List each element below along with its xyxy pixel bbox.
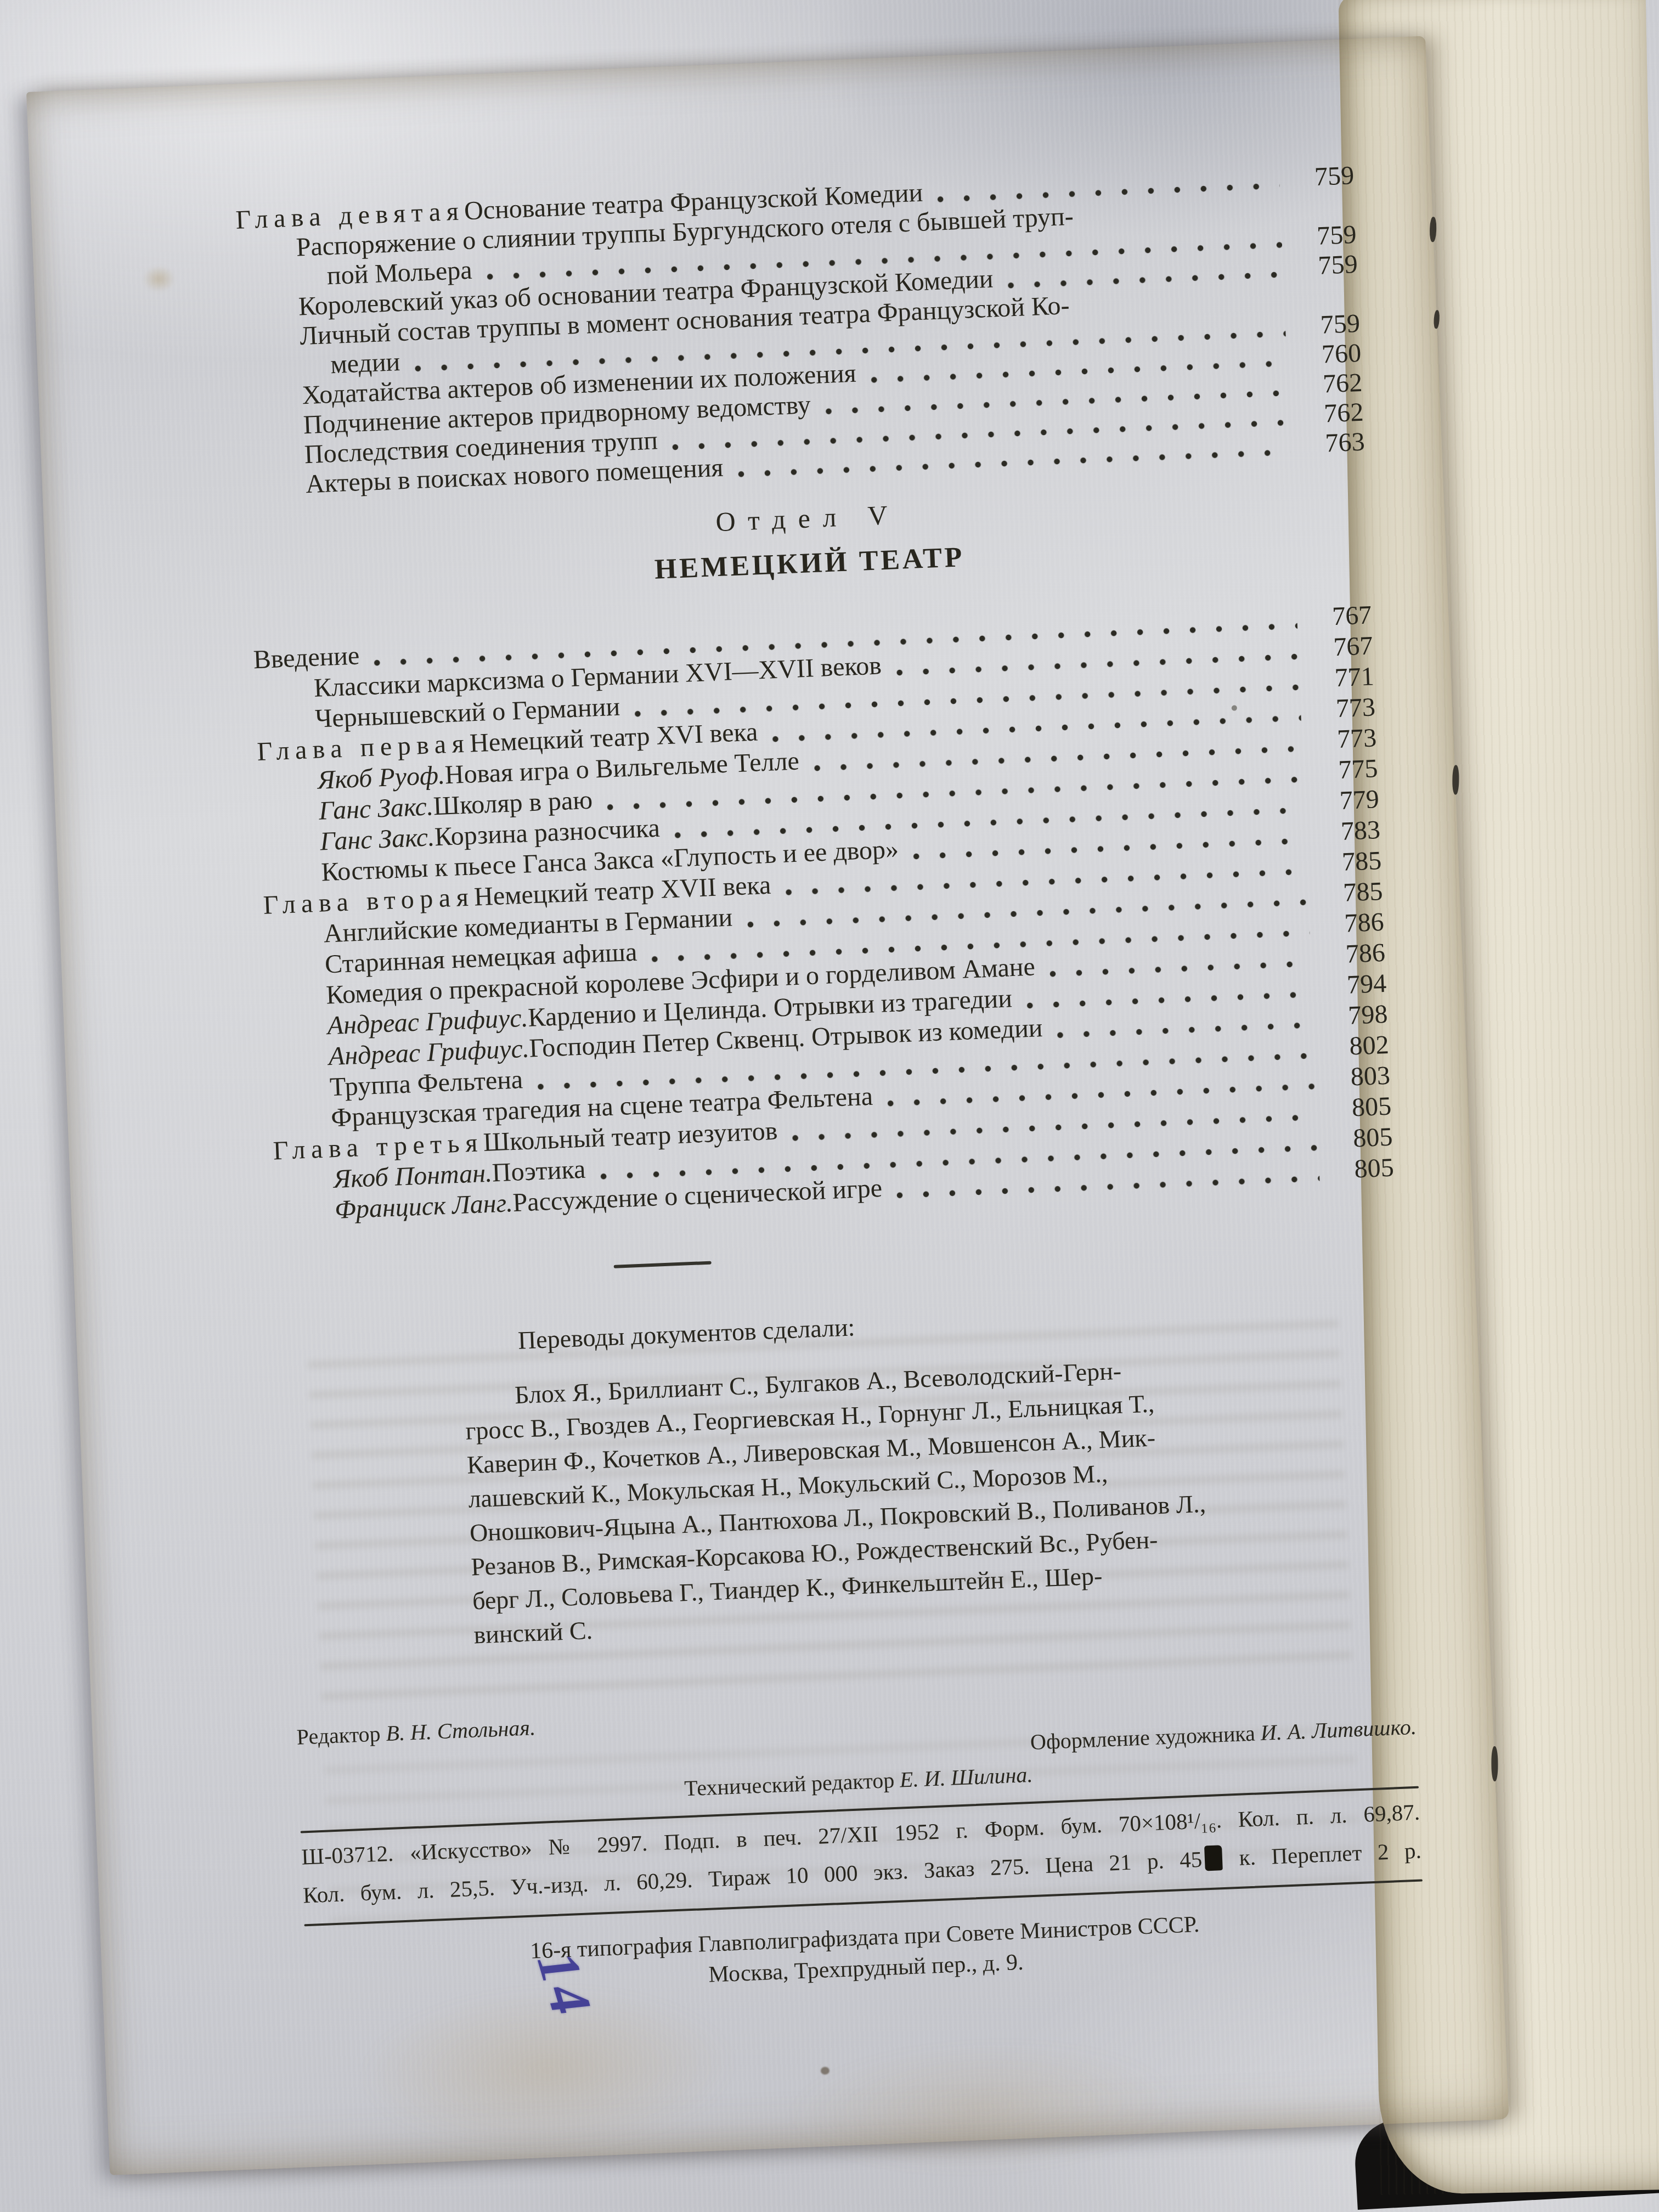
toc-entry-label: медии: [330, 347, 400, 380]
translators-heading: Переводы документов сделали:: [517, 1290, 1400, 1355]
colophon: Редактор В. Н. Стольная. Оформление худо…: [296, 1679, 1426, 2006]
page-number: 805: [1323, 1153, 1395, 1186]
page-number: 803: [1319, 1060, 1391, 1094]
editor-name: В. Н. Стольная.: [386, 1715, 536, 1746]
photo-scene: Глава девятая Основание театра Французск…: [0, 0, 1659, 2212]
page-number: 771: [1304, 661, 1375, 695]
separator-rule: [614, 1261, 712, 1268]
page-number: 759: [1289, 309, 1361, 341]
toc-entry-label: Якоб Руоф.: [317, 760, 445, 795]
page-number: 762: [1293, 398, 1364, 430]
page-number: 785: [1311, 845, 1382, 879]
page-number: 783: [1310, 815, 1381, 848]
page-number: 760: [1290, 338, 1362, 371]
page-number: 773: [1306, 723, 1377, 756]
page-number: 785: [1312, 876, 1383, 910]
page-number: 805: [1322, 1122, 1393, 1155]
toc-part-2: Введение767Классики марксизма о Германии…: [253, 600, 1395, 1228]
page-number: 775: [1307, 753, 1378, 787]
toc-entry-label: Поэтика: [492, 1154, 586, 1189]
toc-entry-label: Введение: [253, 640, 360, 675]
toc-entry-label: Ганс Закс.: [318, 791, 434, 826]
page-content: Глава девятая Основание театра Французск…: [235, 161, 1426, 2006]
toc-page: Глава девятая Основание театра Французск…: [26, 36, 1509, 2175]
page-number: 762: [1291, 368, 1363, 400]
designer-name: И. А. Литвишко.: [1260, 1714, 1417, 1745]
toc-part-1: Глава девятая Основание театра Французск…: [235, 161, 1365, 501]
translators-paragraph: Блох Я., Бриллиант С., Булгаков А., Всев…: [464, 1347, 1297, 1652]
page-number: 759: [1283, 161, 1355, 193]
page-number: 786: [1313, 907, 1385, 940]
editor-label: Редактор В. Н. Стольная.: [296, 1714, 536, 1750]
edge-speck: [1491, 1746, 1498, 1781]
toc-entry-label: Ганс Закс.: [319, 822, 435, 857]
paper-speck: [821, 2067, 830, 2075]
page-number: 767: [1301, 600, 1372, 633]
page-number: 798: [1317, 999, 1388, 1032]
page-number: 759: [1285, 220, 1357, 252]
page-number: 779: [1308, 784, 1380, 817]
page-number: 759: [1287, 250, 1358, 282]
page-number: 802: [1318, 1030, 1390, 1063]
toc-entry-label: Франциск Ланг.: [334, 1188, 513, 1226]
page-number: 763: [1294, 427, 1365, 460]
tech-editor-name: Е. И. Шилина.: [899, 1762, 1033, 1792]
page-number: 767: [1302, 630, 1373, 664]
page-number: 786: [1314, 938, 1386, 971]
paper-stain: [137, 261, 182, 297]
page-number: 773: [1305, 692, 1376, 725]
page-number: 794: [1316, 968, 1387, 1002]
printer-lines: 16-я типография Главполиграфиздата при С…: [305, 1900, 1426, 2006]
ink-blot: [1204, 1845, 1223, 1871]
section-heading: Отдел V НЕМЕЦКИЙ ТЕАТР: [248, 480, 1369, 602]
page-number: 805: [1321, 1091, 1392, 1125]
